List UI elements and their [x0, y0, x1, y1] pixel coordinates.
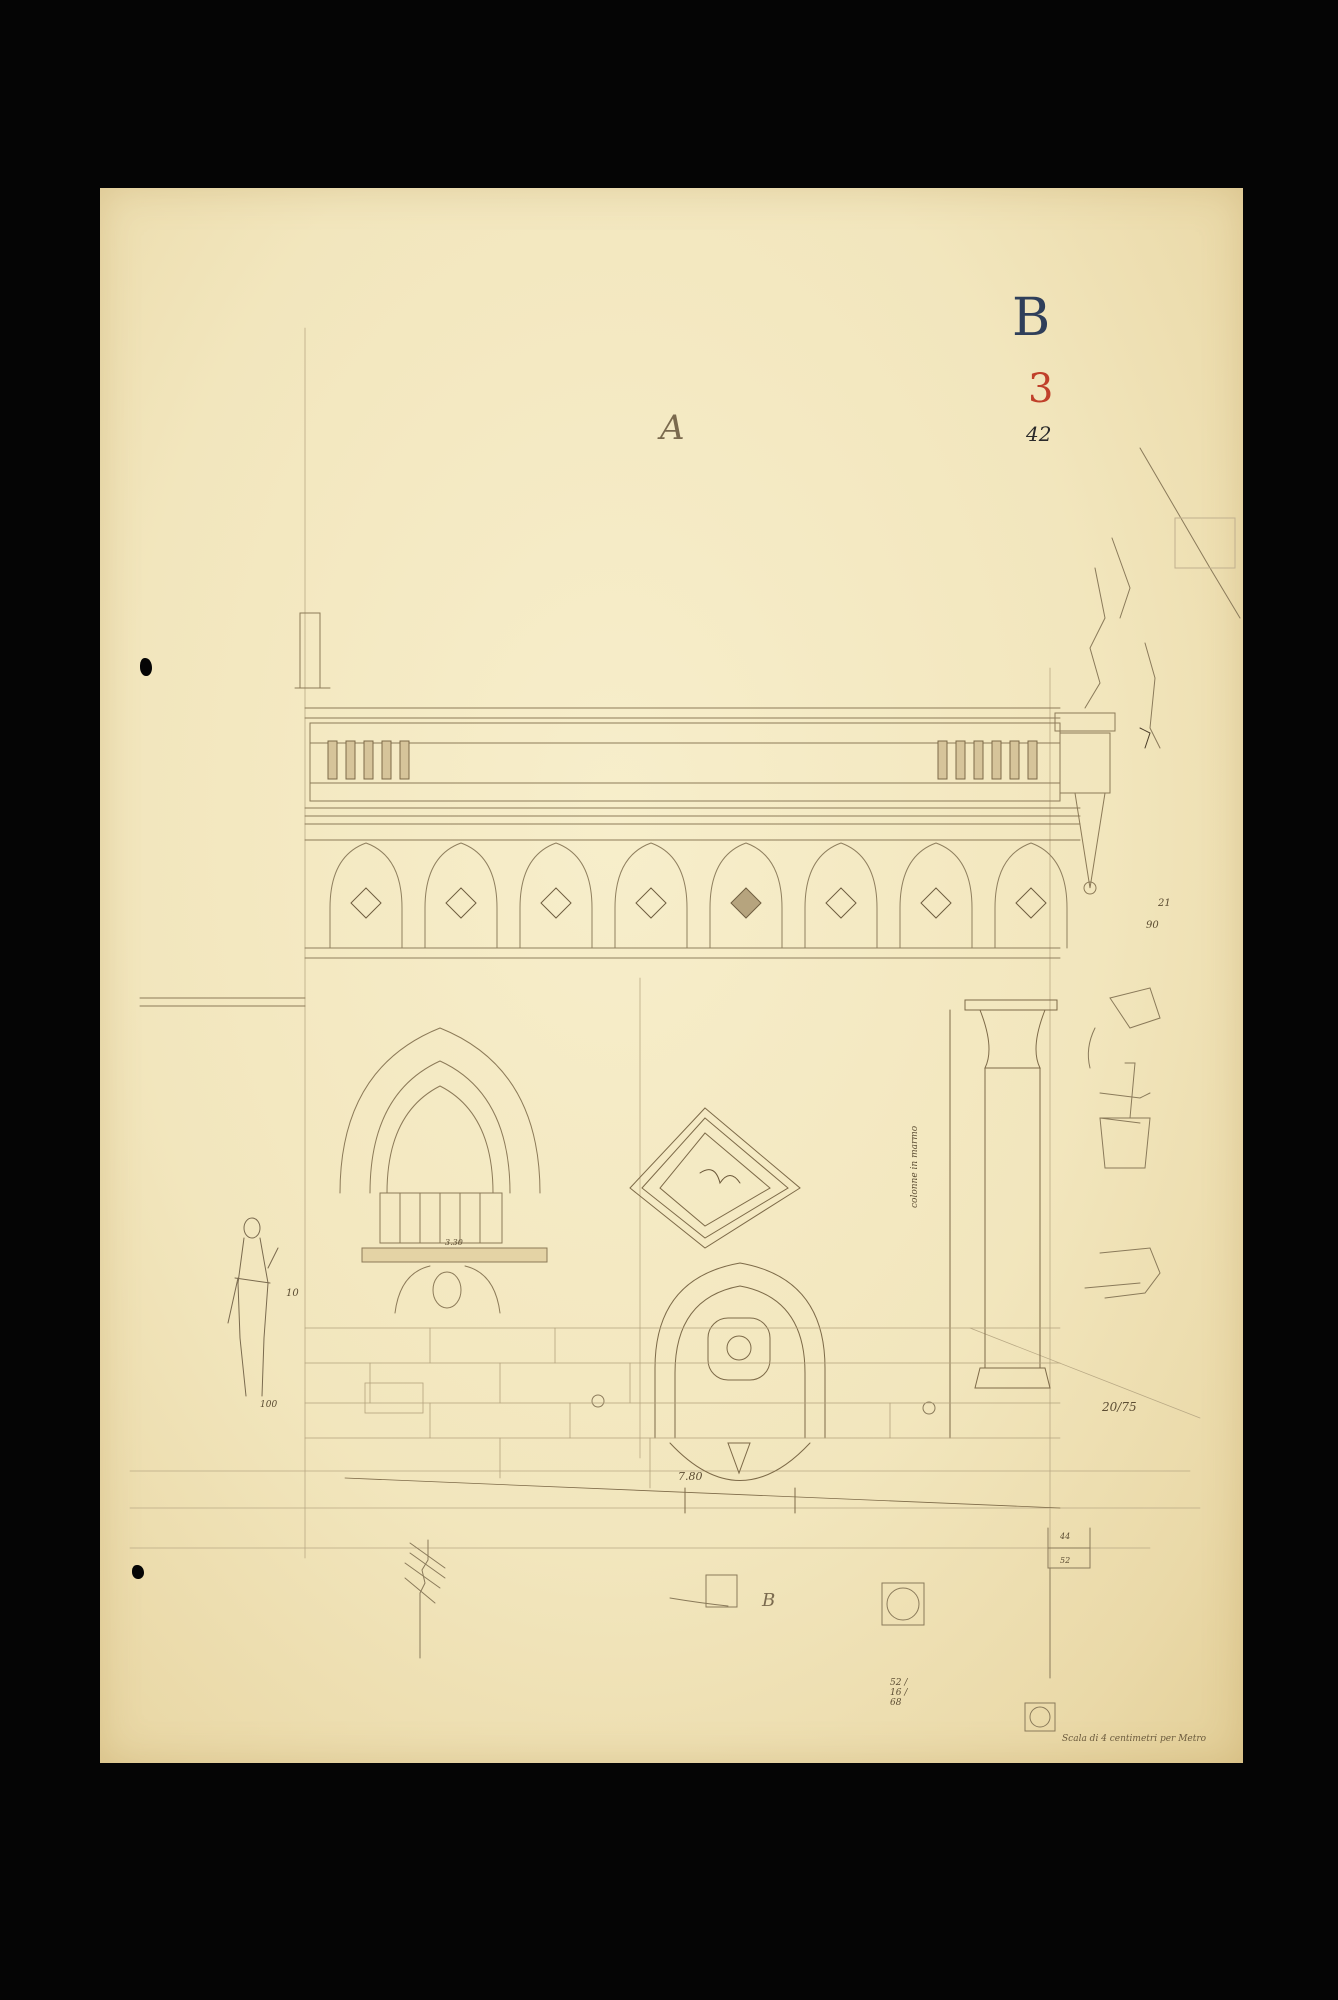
dimension-right-1: 21	[1158, 898, 1171, 909]
dimension-right-3: 20/75	[1102, 1400, 1137, 1414]
diamond-rosettes	[351, 888, 1046, 918]
right-margin-studies	[1085, 448, 1240, 1298]
left-pier	[295, 613, 330, 688]
pointed-arches	[330, 843, 1067, 948]
paper-hole-upper	[140, 658, 152, 676]
dimension-box-2: 52	[1060, 1556, 1070, 1565]
coat-of-arms-diamond	[630, 1108, 800, 1248]
paper-sheet: B 3 42 A B 7.80 10 100 21 90 20/75 52 / …	[100, 188, 1243, 1763]
sheet-number-red: 3	[1028, 366, 1053, 412]
column-note: colonne in marmo	[910, 1126, 920, 1208]
column	[950, 1000, 1057, 1438]
paper-hole-lower	[132, 1565, 144, 1579]
label-a: A	[660, 408, 685, 448]
scale-caption: Scala di 4 centimetri per Metro	[1062, 1734, 1206, 1744]
dimension-right-2: 90	[1146, 920, 1159, 931]
dimension-bottom-center: 7.80	[678, 1470, 703, 1483]
sheet-number-small: 42	[1026, 422, 1051, 446]
balustrade	[305, 708, 1115, 894]
dimension-figure-width: 100	[260, 1400, 277, 1410]
bottom-studies	[405, 1528, 1090, 1731]
wall-ring-left	[592, 1395, 604, 1407]
pointed-window	[340, 1028, 547, 1313]
dimension-small-fraction: 52 / 16 / 68	[890, 1678, 912, 1708]
dimension-figure-height: 10	[286, 1288, 299, 1299]
arch-label: 3.30	[445, 1238, 463, 1247]
arcade	[305, 843, 1067, 958]
dimension-box-1: 44	[1060, 1532, 1070, 1541]
scale-figure	[228, 1218, 278, 1396]
construction-lines	[130, 328, 1200, 1628]
sheet-letter-b: B	[1012, 288, 1050, 348]
wall-ring-right	[923, 1402, 935, 1414]
label-b-small: B	[762, 1590, 775, 1611]
